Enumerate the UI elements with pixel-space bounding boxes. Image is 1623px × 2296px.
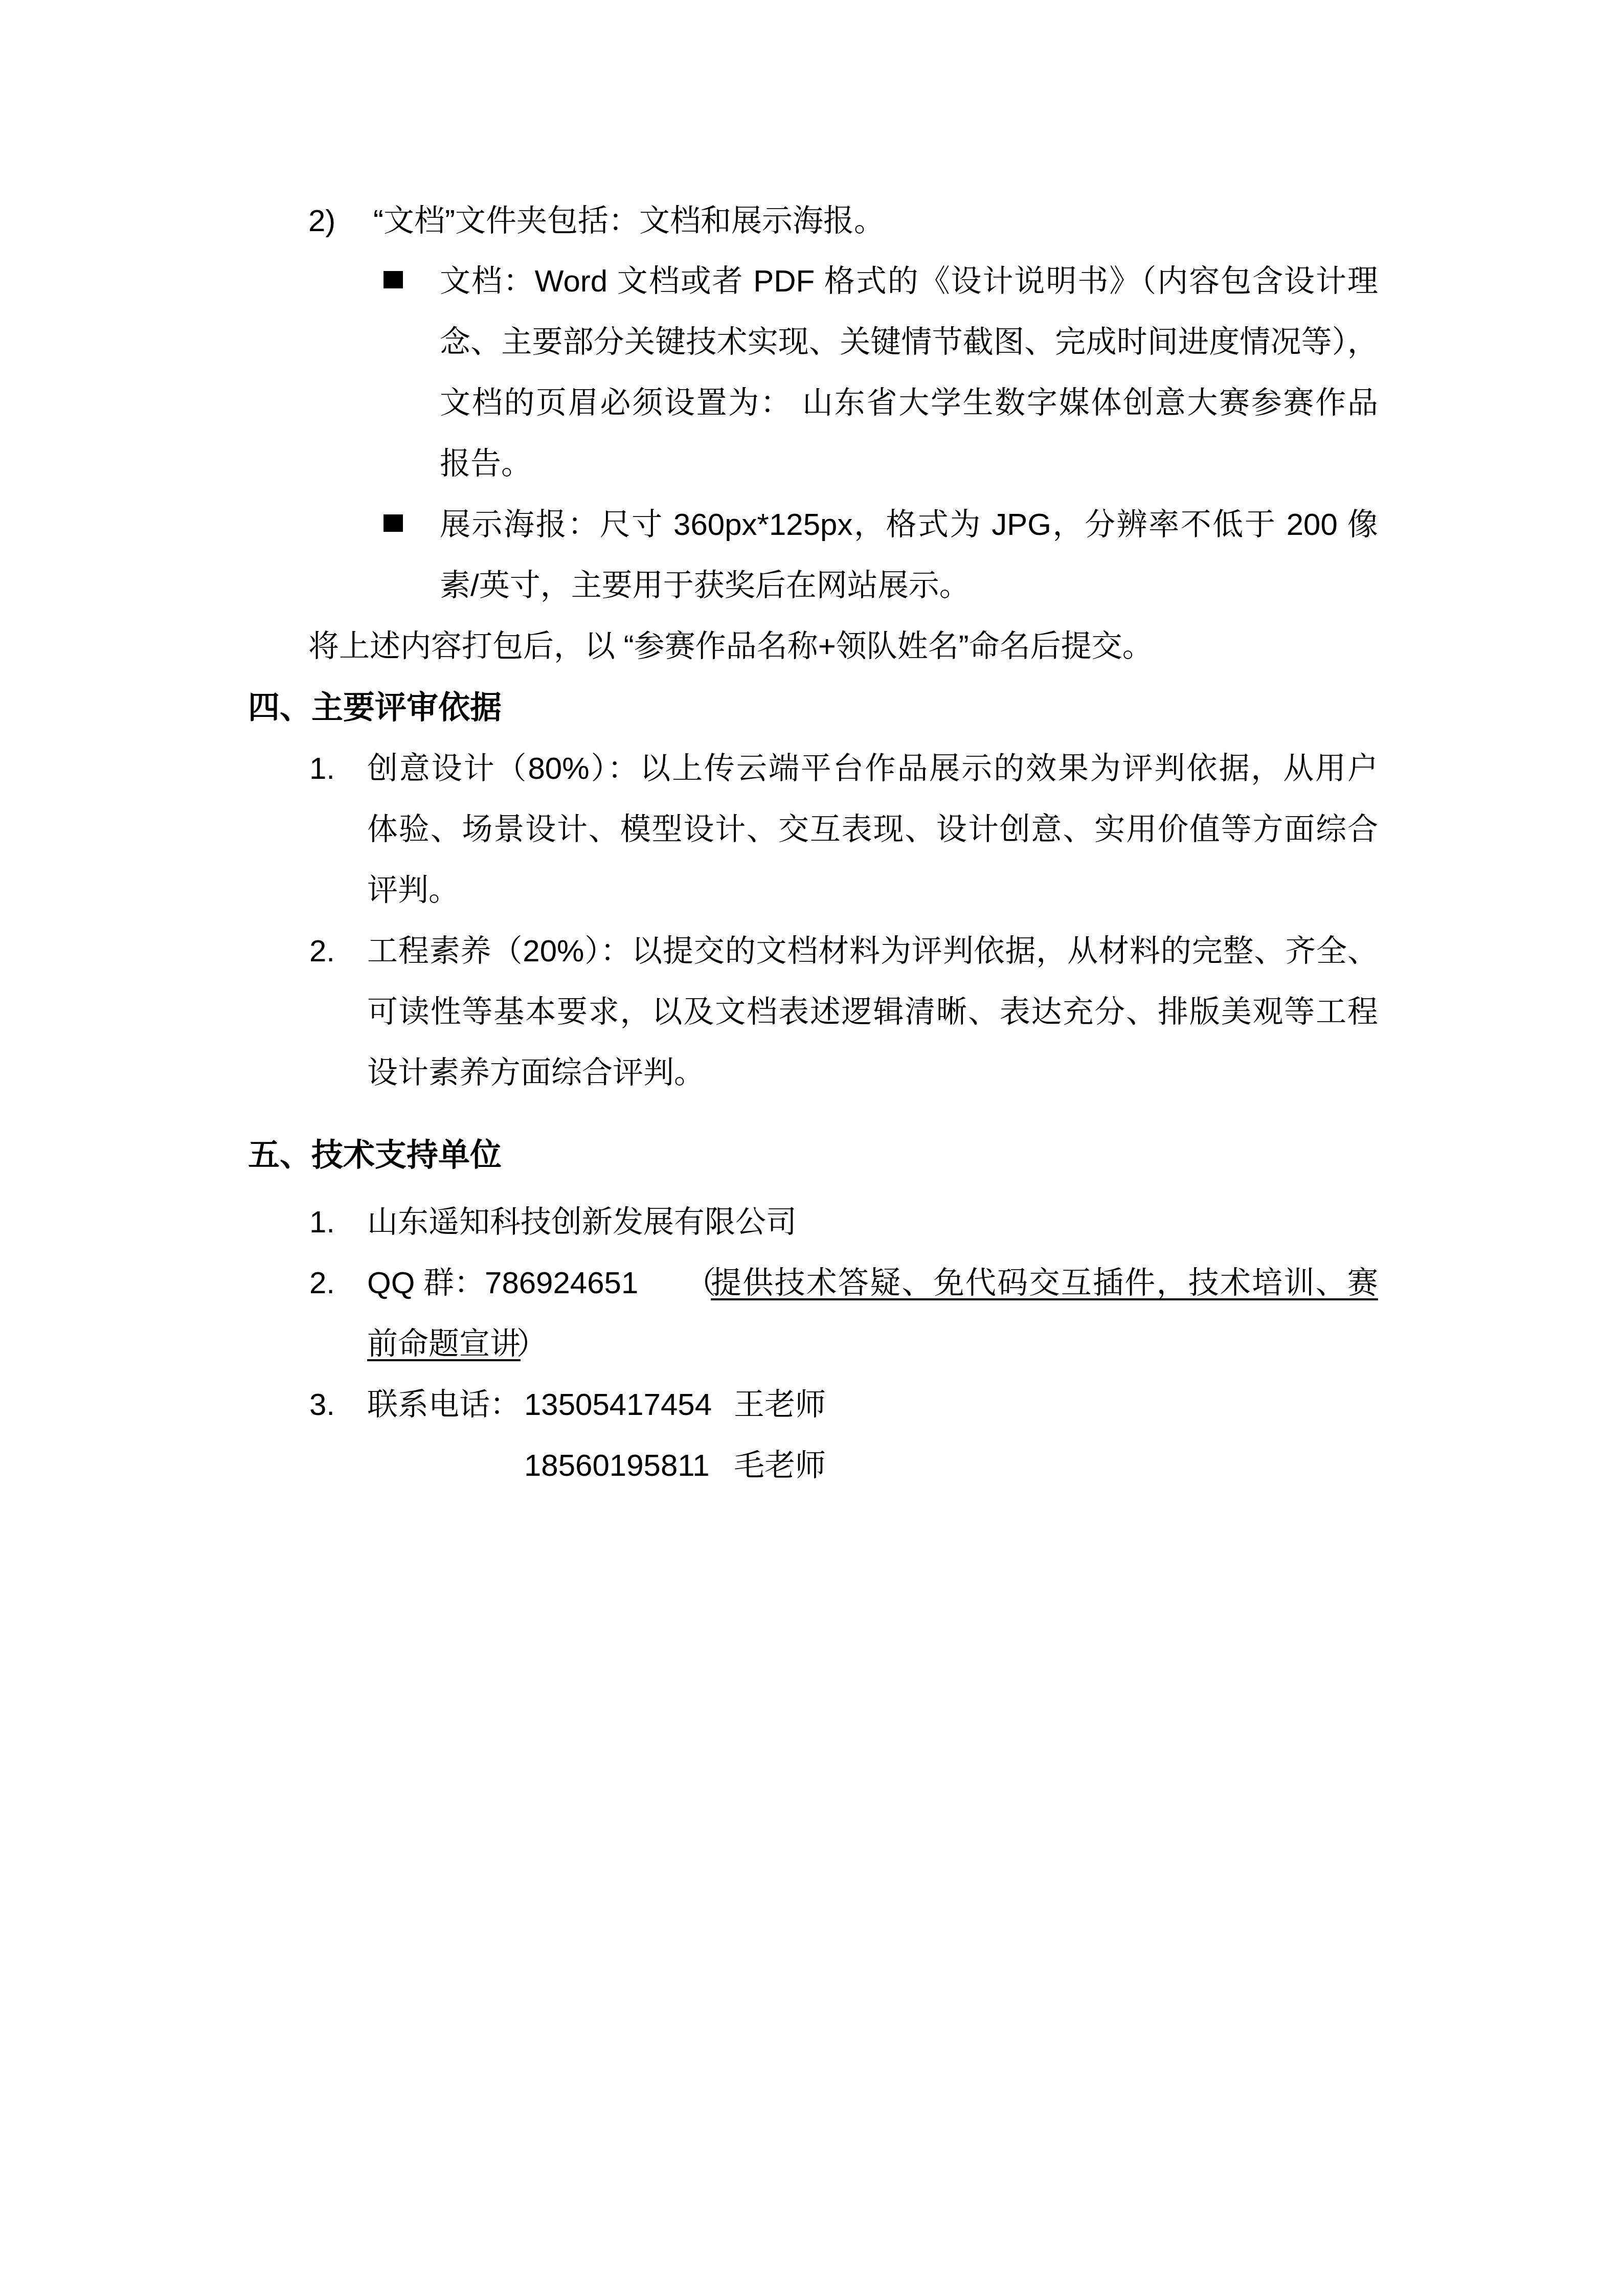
list-item-line: 创意设计（80%）：以上传云端平台作品展示的效果为评判依据，从用户: [367, 748, 1378, 789]
section-heading: 五、技术支持单位: [248, 1135, 502, 1176]
qq-group-label: QQ 群：786924651: [367, 1263, 638, 1303]
list-item-text: “文档”文件夹包括：文档和展示海报。: [373, 200, 885, 241]
list-item-line: 评判。: [367, 870, 459, 911]
list-number: 2.: [309, 931, 335, 972]
contact-name: 毛老师: [734, 1445, 826, 1486]
list-number: 2.: [309, 1263, 335, 1303]
contact-phone: 18560195811: [524, 1445, 710, 1486]
list-number: 1.: [309, 748, 335, 789]
contact-label: 联系电话：: [367, 1384, 521, 1425]
list-item-line: 可读性等基本要求，以及文档表述逻辑清晰、表达充分、排版美观等工程: [367, 992, 1378, 1032]
list-item-line: 工程素养（20%）：以提交的文档材料为评判依据，从材料的完整、齐全、: [367, 931, 1378, 972]
support-services-link[interactable]: 提供技术答疑、免代码交互插件，技术培训、赛: [711, 1263, 1378, 1303]
submit-note: 将上述内容打包后，以 “参赛作品名称+领队姓名”命名后提交。: [308, 626, 1153, 667]
bullet-line: 报告。: [440, 443, 532, 484]
square-bullet-icon: [384, 271, 403, 288]
support-services-link-cont[interactable]: 前命题宣讲: [367, 1323, 521, 1364]
list-item-line: 设计素养方面综合评判。: [367, 1052, 705, 1093]
list-item-line: 体验、场景设计、模型设计、交互表现、设计创意、实用价值等方面综合: [367, 809, 1378, 850]
list-number: 1.: [309, 1202, 335, 1243]
bullet-line: 文档的页眉必须设置为： 山东省大学生数字媒体创意大赛参赛作品: [440, 382, 1378, 423]
bullet-line: 素/英寸，主要用于获奖后在网站展示。: [440, 565, 970, 606]
contact-name: 王老师: [734, 1384, 826, 1425]
company-name: 山东遥知科技创新发展有限公司: [367, 1202, 797, 1243]
contact-phone: 13505417454: [524, 1384, 712, 1425]
bullet-line: 展示海报：尺寸 360px*125px，格式为 JPG，分辨率不低于 200 像: [440, 504, 1378, 545]
bullet-line: 文档：Word 文档或者 PDF 格式的《设计说明书》（内容包含设计理: [440, 261, 1378, 302]
list-number: 3.: [309, 1384, 335, 1425]
list-number: 2): [308, 200, 335, 241]
section-heading: 四、主要评审依据: [248, 688, 502, 729]
square-bullet-icon: [384, 514, 403, 532]
document-page: 2) “文档”文件夹包括：文档和展示海报。 文档：Word 文档或者 PDF 格…: [0, 0, 1623, 2296]
bullet-line: 念、主要部分关键技术实现、关键情节截图、完成时间进度情况等），: [440, 322, 1378, 363]
close-paren: ）: [516, 1323, 547, 1364]
